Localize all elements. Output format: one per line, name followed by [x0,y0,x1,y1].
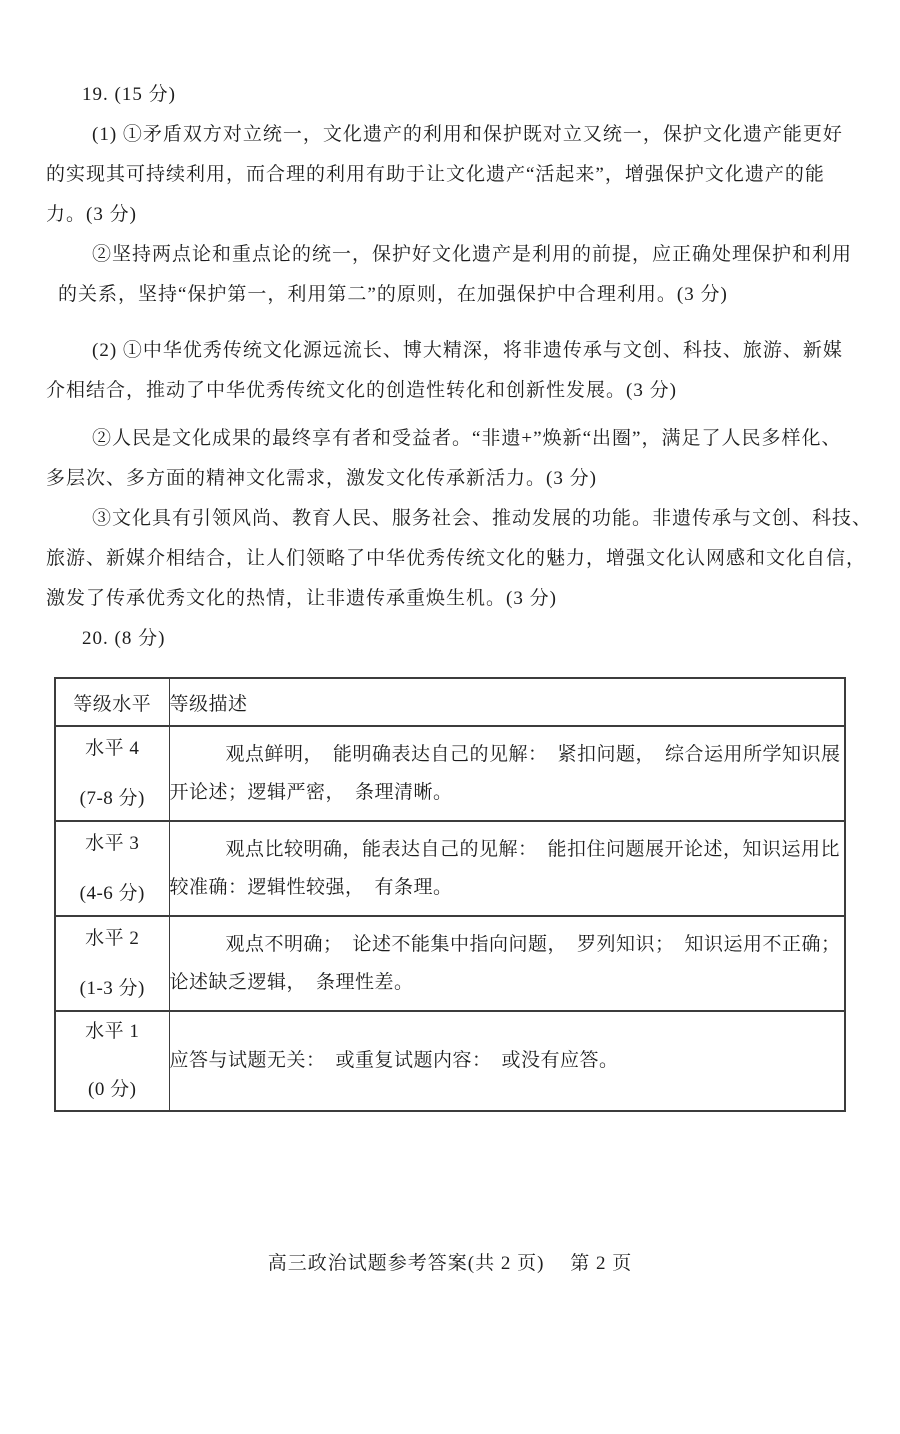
level-4-description: 观点鲜明， 能明确表达自己的见解： 紧扣问题， 综合运用所学知识展开论述；逻辑严… [170,736,845,812]
answer-19-1-line-1: (1) ①矛盾双方对立统一，文化遗产的利用和保护既对立又统一，保护文化遗产能更好 [92,115,856,155]
level-1-cell: 水平 1 (0 分) [56,1021,169,1101]
answer-19-2b-line-2: 多层次、多方面的精神文化需求，激发文化传承新活力。(3 分) [46,459,856,499]
level-4-label: 水平 4 [85,738,139,760]
rubric-row-level-4: 水平 4 (7-8 分) 观点鲜明， 能明确表达自己的见解： 紧扣问题， 综合运… [55,726,845,821]
rubric-row-level-2: 水平 2 (1-3 分) 观点不明确； 论述不能集中指向问题， 罗列知识； 知识… [55,916,845,1011]
level-2-label: 水平 2 [85,928,139,950]
level-2-description: 观点不明确； 论述不能集中指向问题， 罗列知识； 知识运用不正确； 论述缺乏逻辑… [170,926,845,1002]
level-3-description: 观点比较明确，能表达自己的见解： 能扣住问题展开论述，知识运用比较准确：逻辑性较… [170,831,845,907]
answer-19-2b-line-1: ②人民是文化成果的最终享有者和受益者。“非遗+”焕新“出圈”，满足了人民多样化、 [92,419,856,459]
answers-section: 19. (15 分) (1) ①矛盾双方对立统一，文化遗产的利用和保护既对立又统… [46,75,856,659]
answer-19-1-line-3: 力。(3 分) [46,195,856,235]
question-20-heading: 20. (8 分) [82,619,856,659]
rubric-header-level: 等级水平 [55,678,169,726]
answer-19-1-line-2: 的实现其可持续利用，而合理的利用有助于让文化遗产“活起来”，增强保护文化遗产的能 [46,155,856,195]
grading-rubric-table: 等级水平 等级描述 水平 4 (7-8 分) 观点鲜明， 能明确表达自己的见解：… [54,677,846,1112]
level-2-cell: 水平 2 (1-3 分) [56,928,169,1000]
answer-19-1b-line-2: 的关系，坚持“保护第一，利用第二”的原则，在加强保护中合理利用。(3 分) [58,275,856,315]
level-3-cell: 水平 3 (4-6 分) [56,833,169,905]
answer-19-1b-line-1: ②坚持两点论和重点论的统一，保护好文化遗产是利用的前提，应正确处理保护和利用 [92,235,856,275]
level-1-label: 水平 1 [85,1021,139,1043]
answer-key-page: 19. (15 分) (1) ①矛盾双方对立统一，文化遗产的利用和保护既对立又统… [0,0,900,1434]
rubric-header-row: 等级水平 等级描述 [55,678,845,726]
level-3-label: 水平 3 [85,833,139,855]
answer-19-2c-line-1: ③文化具有引领风尚、教育人民、服务社会、推动发展的功能。非遗传承与文创、科技、 [92,499,856,539]
question-19-heading: 19. (15 分) [82,75,856,115]
level-1-description: 应答与试题无关： 或重复试题内容： 或没有应答。 [170,1042,845,1080]
answer-19-2-line-2: 介相结合，推动了中华优秀传统文化的创造性转化和创新性发展。(3 分) [46,371,856,411]
level-1-score: (0 分) [88,1079,136,1101]
answer-19-2c-line-3: 激发了传承优秀文化的热情，让非遗传承重焕生机。(3 分) [46,579,856,619]
rubric-row-level-1: 水平 1 (0 分) 应答与试题无关： 或重复试题内容： 或没有应答。 [55,1011,845,1111]
answer-19-2-line-1: (2) ①中华优秀传统文化源远流长、博大精深，将非遗传承与文创、科技、旅游、新媒 [92,331,856,371]
level-2-score: (1-3 分) [80,978,145,1000]
level-3-score: (4-6 分) [80,883,145,905]
level-4-score: (7-8 分) [80,788,145,810]
page-footer: 高三政治试题参考答案(共 2 页) 第 2 页 [0,1248,900,1275]
answer-19-2c-line-2: 旅游、新媒介相结合，让人们领略了中华优秀传统文化的魅力，增强文化认网感和文化自信… [46,539,856,579]
level-4-cell: 水平 4 (7-8 分) [56,738,169,810]
rubric-row-level-3: 水平 3 (4-6 分) 观点比较明确，能表达自己的见解： 能扣住问题展开论述，… [55,821,845,916]
rubric-header-desc: 等级描述 [169,678,845,726]
